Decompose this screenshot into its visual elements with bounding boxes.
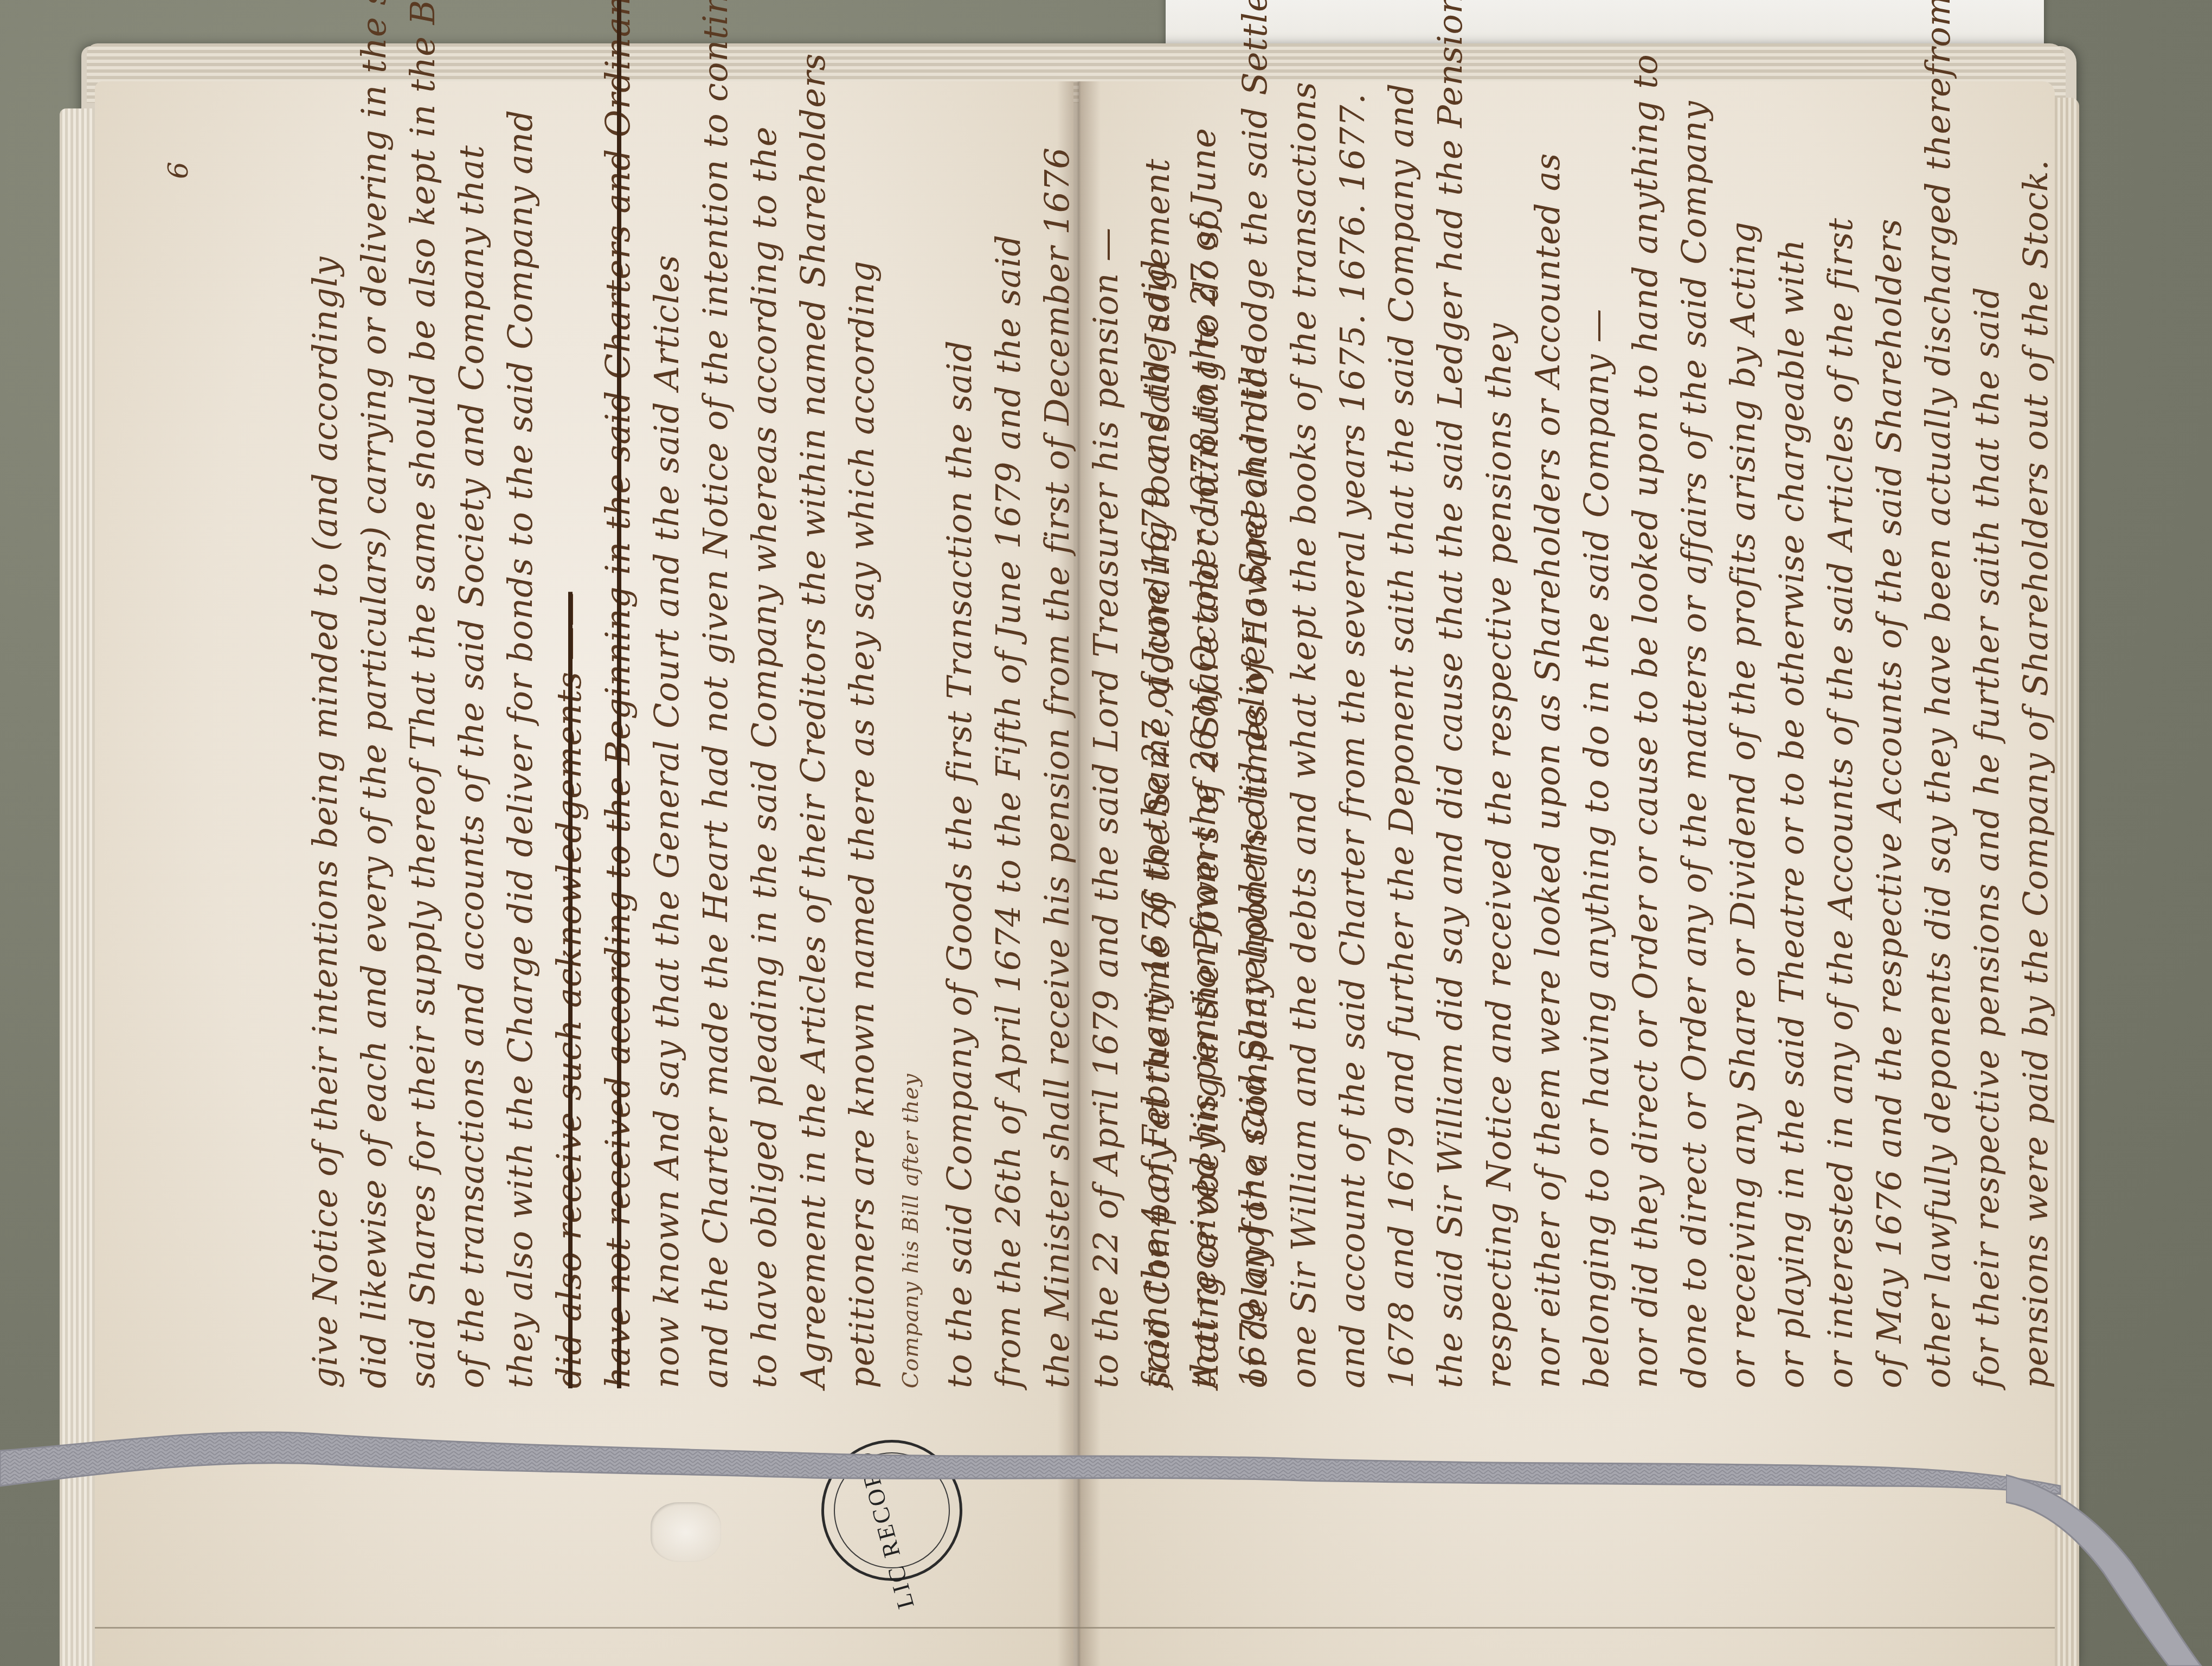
text-line: give Notice of their intentions being mi… <box>301 114 350 1388</box>
text-line: the Minister shall receive his pension f… <box>1033 114 1082 1388</box>
text-line: pensions were paid by the Company of Sha… <box>2011 114 2060 1388</box>
text-line: nor did they direct or Order or cause to… <box>1621 114 1670 1388</box>
text-line: belonging to or having anything to do in… <box>1572 114 1621 1388</box>
text-line: and account of the said Charter from the… <box>1328 114 1377 1388</box>
text-line: Acting or obeying in the Powers of a Sha… <box>1182 114 1231 1388</box>
text-line: or interested in any of the Accounts of … <box>1816 114 1865 1388</box>
text-line: respecting Notice and received the respe… <box>1475 114 1523 1388</box>
text-line: one Sir William and the debts and what k… <box>1279 114 1328 1388</box>
text-line: said Company at the time of the Same, ac… <box>1133 114 1182 1388</box>
text-line: Agreement in the Articles of their Credi… <box>789 114 838 1388</box>
interlinear-note: Company his Bill after they <box>886 114 935 1388</box>
text-line: nor either of them were looked upon as S… <box>1523 114 1572 1388</box>
right-page-text: said Company at the time of the Same, ac… <box>1133 114 2060 1388</box>
text-line: now known And say that the General Court… <box>642 114 691 1388</box>
page-bottom-edge <box>95 1627 2055 1645</box>
left-page-text: give Notice of their intentions being mi… <box>301 114 1277 1388</box>
text-line: to the 22 of April 1679 and the said Lor… <box>1082 114 1130 1388</box>
text-line: other lawfully deponents did say they ha… <box>1914 114 1963 1388</box>
text-line: and the Charter made the Heart had not g… <box>691 114 740 1388</box>
margin-note: 6 <box>163 162 194 179</box>
text-line: 1678 and 1679 and further the Deponent s… <box>1377 114 1426 1388</box>
struck-text-line: did also receive such acknowledgements —… <box>545 114 594 1388</box>
text-line: petitioners are known named there as the… <box>838 114 886 1388</box>
text-line: to have obliged pleading in the said Com… <box>740 114 789 1388</box>
text-line: said Shares for their supply thereof Tha… <box>398 114 447 1388</box>
embossed-seal <box>651 1502 721 1562</box>
text-line: did likewise of each and every of the pa… <box>350 114 398 1388</box>
text-line: or receiving any Share or Dividend of th… <box>1719 114 1767 1388</box>
text-line: done to direct or Order any of the matte… <box>1670 114 1719 1388</box>
text-line: of May 1676 and the respective Accounts … <box>1865 114 1914 1388</box>
text-line: the said Sir William did say and did cau… <box>1426 114 1475 1388</box>
struck-text-line: have not received according to the Begin… <box>594 114 642 1388</box>
text-line: from the 26th of April 1674 to the Fifth… <box>984 114 1033 1388</box>
text-line: of the transactions and accounts of the … <box>447 114 496 1388</box>
text-line: or playing in the said Theatre or to be … <box>1767 114 1816 1388</box>
text-line: for their respective pensions and he fur… <box>1963 114 2011 1388</box>
text-line: or delay for a Company upon the times of… <box>1231 114 1279 1388</box>
binding-cord <box>0 1421 2212 1497</box>
text-line: they also with the Charge did deliver fo… <box>496 114 545 1388</box>
text-line: to the said Company of Goods the first T… <box>935 114 984 1388</box>
